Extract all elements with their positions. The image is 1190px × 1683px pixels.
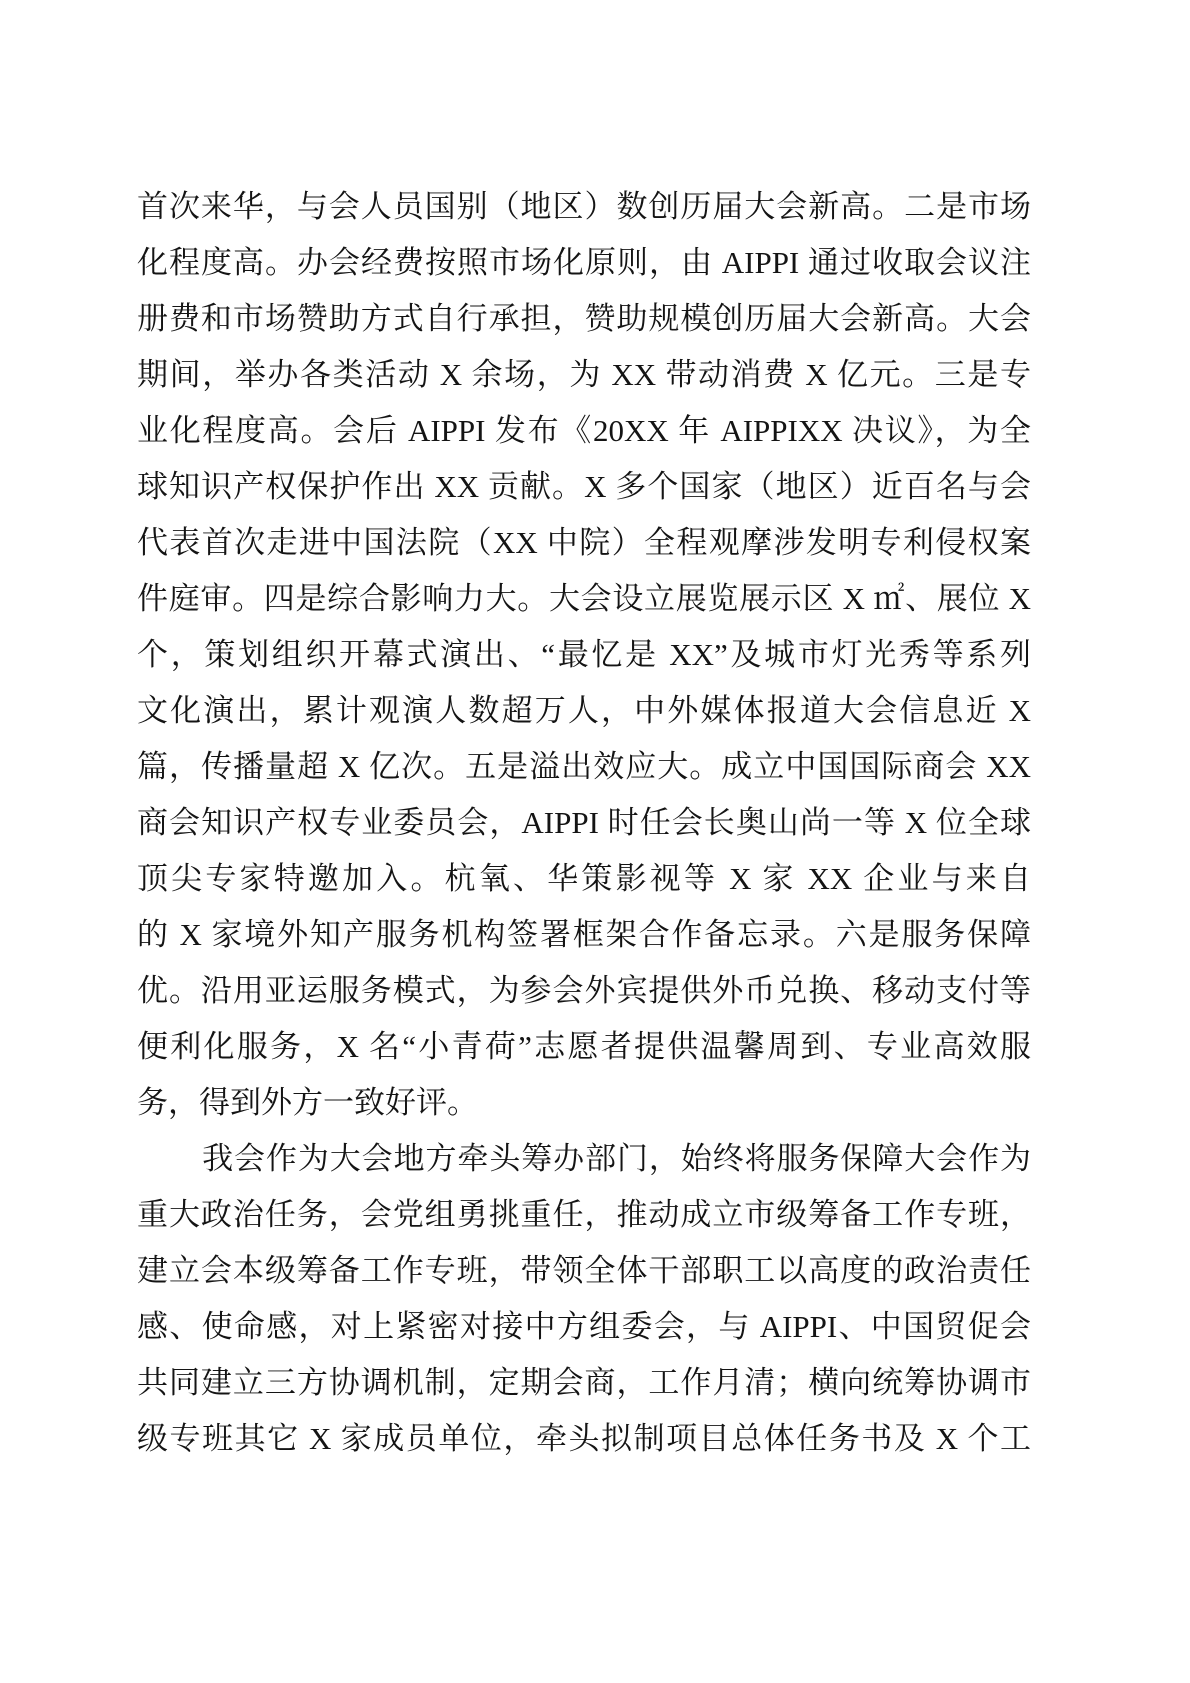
text-line: 篇，传播量超 X 亿次。五是溢出效应大。成立中国国际商会 XX (137, 739, 1031, 795)
text-line: 件庭审。四是综合影响力大。大会设立展览展示区 X ㎡、展位 X (137, 571, 1031, 627)
text-line: 期间，举办各类活动 X 余场，为 XX 带动消费 X 亿元。三是专 (137, 347, 1031, 403)
text-line: 便利化服务，X 名“小青荷”志愿者提供温馨周到、专业高效服 (137, 1019, 1031, 1075)
text-line: 级专班其它 X 家成员单位，牵头拟制项目总体任务书及 X 个工 (137, 1411, 1031, 1467)
text-line: 感、使命感，对上紧密对接中方组委会，与 AIPPI、中国贸促会 (137, 1299, 1031, 1355)
text-line: 文化演出，累计观演人数超万人，中外媒体报道大会信息近 X (137, 683, 1031, 739)
text-line: 首次来华，与会人员国别（地区）数创历届大会新高。二是市场 (137, 179, 1031, 235)
text-line: 建立会本级筹备工作专班，带领全体干部职工以高度的政治责任 (137, 1243, 1031, 1299)
text-line: 重大政治任务，会党组勇挑重任，推动成立市级筹备工作专班， (137, 1187, 1031, 1243)
text-line: 册费和市场赞助方式自行承担，赞助规模创历届大会新高。大会 (137, 291, 1031, 347)
text-line: 务，得到外方一致好评。 (137, 1075, 1031, 1131)
text-line: 优。沿用亚运服务模式，为参会外宾提供外币兑换、移动支付等 (137, 963, 1031, 1019)
text-line: 球知识产权保护作出 XX 贡献。X 多个国家（地区）近百名与会 (137, 459, 1031, 515)
text-line: 业化程度高。会后 AIPPI 发布《20XX 年 AIPPIXX 决议》，为全 (137, 403, 1031, 459)
document-page: 首次来华，与会人员国别（地区）数创历届大会新高。二是市场化程度高。办会经费按照市… (0, 0, 1190, 1683)
text-line: 化程度高。办会经费按照市场化原则，由 AIPPI 通过收取会议注 (137, 235, 1031, 291)
text-line: 个，策划组织开幕式演出、“最忆是 XX”及城市灯光秀等系列 (137, 627, 1031, 683)
text-line: 的 X 家境外知产服务机构签署框架合作备忘录。六是服务保障 (137, 907, 1031, 963)
text-line: 顶尖专家特邀加入。杭氧、华策影视等 X 家 XX 企业与来自 AIPPI (137, 851, 1031, 907)
document-body: 首次来华，与会人员国别（地区）数创历届大会新高。二是市场化程度高。办会经费按照市… (137, 179, 1031, 1467)
text-line: 商会知识产权专业委员会，AIPPI 时任会长奥山尚一等 X 位全球 (137, 795, 1031, 851)
text-line: 共同建立三方协调机制，定期会商，工作月清；横向统筹协调市 (137, 1355, 1031, 1411)
text-line: 我会作为大会地方牵头筹办部门，始终将服务保障大会作为 (137, 1131, 1031, 1187)
text-line: 代表首次走进中国法院（XX 中院）全程观摩涉发明专利侵权案 (137, 515, 1031, 571)
